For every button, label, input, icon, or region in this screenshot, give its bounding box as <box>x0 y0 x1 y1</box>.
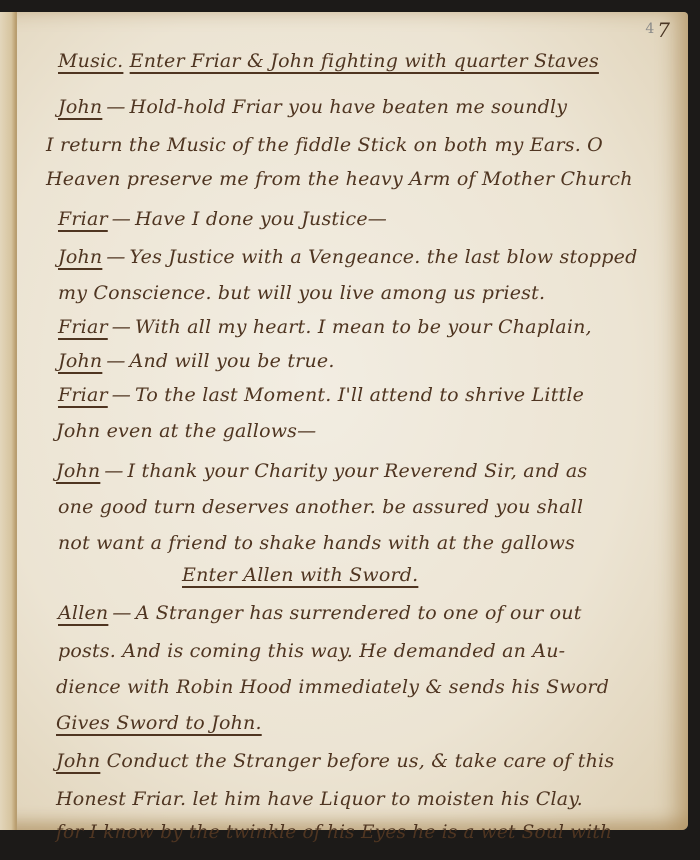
speech-line: John—And will you be true. <box>58 350 335 372</box>
stage-direction: Enter Allen with Sword. <box>182 564 418 586</box>
speaker-name: John <box>58 350 102 372</box>
stage-direction: Gives Sword to John. <box>56 712 262 734</box>
speech-line: John Conduct the Stranger before us, & t… <box>56 750 614 772</box>
speech-line: Friar—With all my heart. I mean to be yo… <box>58 316 592 338</box>
speech-line: I return the Music of the fiddle Stick o… <box>46 134 603 156</box>
page-number: 47 <box>645 18 670 42</box>
page-binding-edge <box>0 12 17 830</box>
speaker-name: Friar <box>58 384 108 406</box>
speaker-name: Friar <box>58 316 108 338</box>
speech-line: Friar—Have I done you Justice— <box>58 208 387 230</box>
speech-line: my Conscience. but will you live among u… <box>58 282 545 304</box>
speech-line: John even at the gallows— <box>56 420 316 442</box>
speech-line: posts. And is coming this way. He demand… <box>58 640 565 662</box>
manuscript-page: 47 Music. Enter Friar & John fighting wi… <box>0 12 688 830</box>
speaker-name: Allen <box>58 602 108 624</box>
speech-line: dience with Robin Hood immediately & sen… <box>56 676 609 698</box>
speech-line: Honest Friar. let him have Liquor to moi… <box>56 788 583 810</box>
speech-line: Heaven preserve me from the heavy Arm of… <box>46 168 633 190</box>
pencil-folio-number: 4 <box>645 21 654 37</box>
ink-page-number: 7 <box>657 18 670 42</box>
speaker-name: Friar <box>58 208 108 230</box>
speech-line: one good turn deserves another. be assur… <box>58 496 583 518</box>
stage-direction: Music. Enter Friar & John fighting with … <box>58 50 599 72</box>
speech-line: John—I thank your Charity your Reverend … <box>56 460 587 482</box>
speaker-name: John <box>58 246 102 268</box>
speech-line: Friar—To the last Moment. I'll attend to… <box>58 384 584 406</box>
speech-line: John—Yes Justice with a Vengeance. the l… <box>58 246 637 268</box>
speech-line: John—Hold-hold Friar you have beaten me … <box>58 96 567 118</box>
speech-line: Allen—A Stranger has surrendered to one … <box>58 602 582 624</box>
speaker-name: John <box>56 750 100 772</box>
speech-line: for I know by the twinkle of his Eyes he… <box>56 822 612 843</box>
speech-line: not want a friend to shake hands with at… <box>58 532 575 554</box>
speaker-name: John <box>58 96 102 118</box>
speaker-name: John <box>56 460 100 482</box>
